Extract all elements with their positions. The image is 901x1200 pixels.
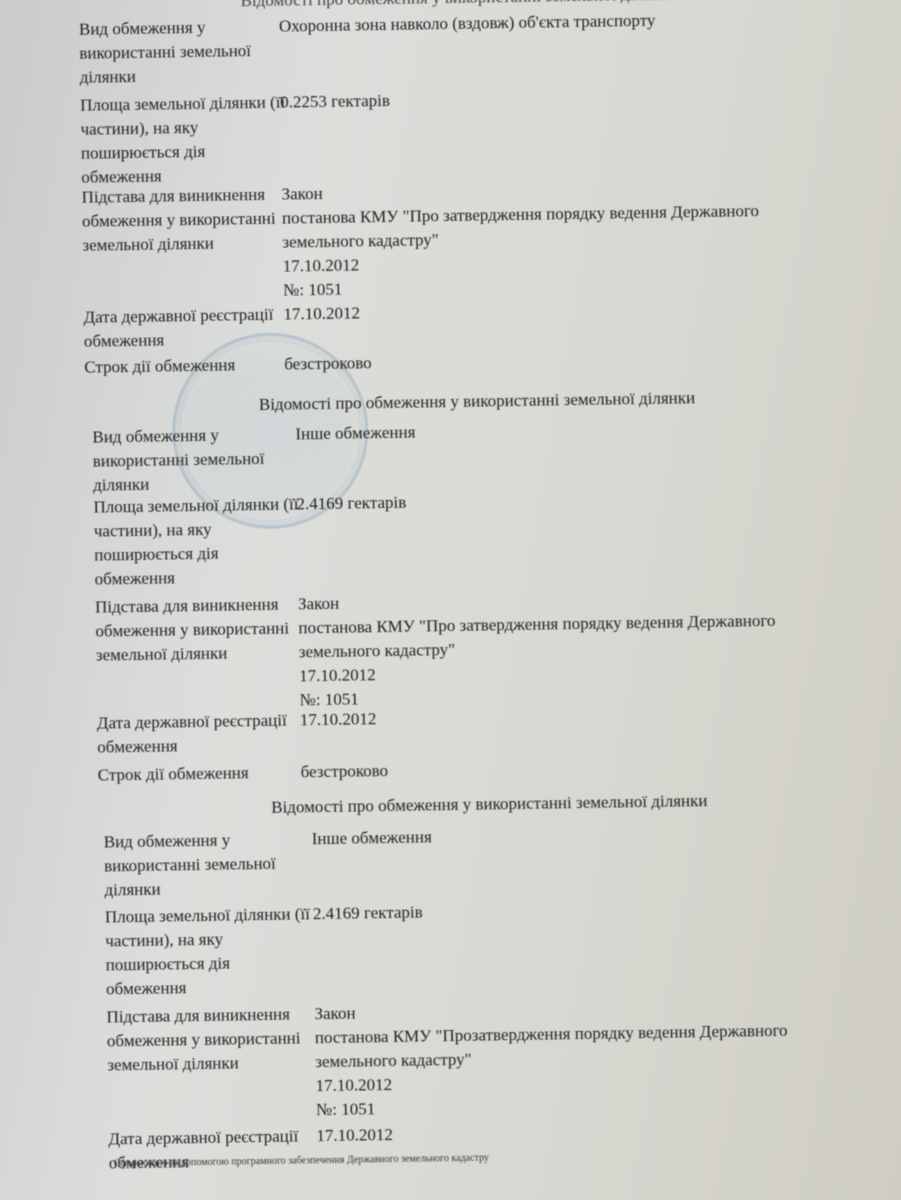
field-label: Строк дії обмеження bbox=[84, 352, 289, 379]
field-label: Вид обмеження у використанні земельної д… bbox=[92, 422, 298, 497]
field-label: Дата державної реєстрації обмеження bbox=[83, 303, 289, 354]
field-value: Законпостанова КМУ "Прозатвердження поря… bbox=[314, 995, 789, 1122]
field-value: 17.10.2012 bbox=[316, 1123, 393, 1148]
field-value: Інше обмеження bbox=[295, 421, 415, 447]
field-value: 17.10.2012 bbox=[283, 301, 360, 326]
field-value: Законпостанова КМУ "Про затвердження пор… bbox=[298, 585, 777, 712]
field-label: Підстава для виникнення обмеження у вико… bbox=[95, 592, 301, 667]
field-label: Площа земельної ділянки (її частини), на… bbox=[105, 902, 311, 1001]
field-value-line: безстроково bbox=[301, 759, 389, 784]
field-label: Підстава для виникнення обмеження у вико… bbox=[81, 183, 287, 258]
field-label: Підстава для виникнення обмеження у вико… bbox=[106, 1002, 312, 1077]
field-value-line: 17.10.2012 bbox=[300, 707, 377, 732]
field-value-line: 17.10.2012 bbox=[316, 1123, 393, 1148]
field-value: Законпостанова КМУ "Про затвердження пор… bbox=[281, 175, 760, 302]
field-value: безстроково bbox=[284, 351, 372, 376]
field-label: Площа земельної ділянки (її частини), на… bbox=[80, 91, 286, 190]
field-label: Строк дії обмеження bbox=[98, 760, 303, 787]
field-value: 17.10.2012 bbox=[300, 707, 377, 732]
field-label: Дата державної реєстрації обмеження bbox=[97, 708, 303, 759]
field-value-line: Охоронна зона навколо (вздовж) об'єкта т… bbox=[279, 9, 656, 39]
field-value: 0.2253 гектарів bbox=[280, 89, 390, 115]
field-value: Інше обмеження bbox=[312, 825, 432, 851]
field-value: Охоронна зона навколо (вздовж) об'єкта т… bbox=[279, 9, 656, 39]
field-value-line: Інше обмеження bbox=[312, 825, 432, 851]
field-value: 2.4169 гектарів bbox=[313, 900, 423, 926]
field-value-line: 0.2253 гектарів bbox=[280, 89, 390, 115]
field-label: Вид обмеження у використанні земельної д… bbox=[79, 15, 285, 90]
field-label: Площа земельної ділянки (її частини), на… bbox=[93, 492, 299, 591]
field-value-line: безстроково bbox=[284, 351, 372, 376]
document-page: Відомості про обмеження у використанні з… bbox=[0, 0, 901, 1200]
section-title: Відомості про обмеження у використанні з… bbox=[271, 791, 708, 818]
field-value: безстроково bbox=[301, 759, 389, 784]
field-value-line: 2.4169 гектарів bbox=[296, 491, 406, 517]
field-value: 2.4169 гектарів bbox=[296, 491, 406, 517]
field-value-line: 17.10.2012 bbox=[283, 301, 360, 326]
field-value-line: Інше обмеження bbox=[295, 421, 415, 447]
field-label: Вид обмеження у використанні земельної д… bbox=[104, 827, 310, 902]
field-value-line: 2.4169 гектарів bbox=[313, 900, 423, 926]
